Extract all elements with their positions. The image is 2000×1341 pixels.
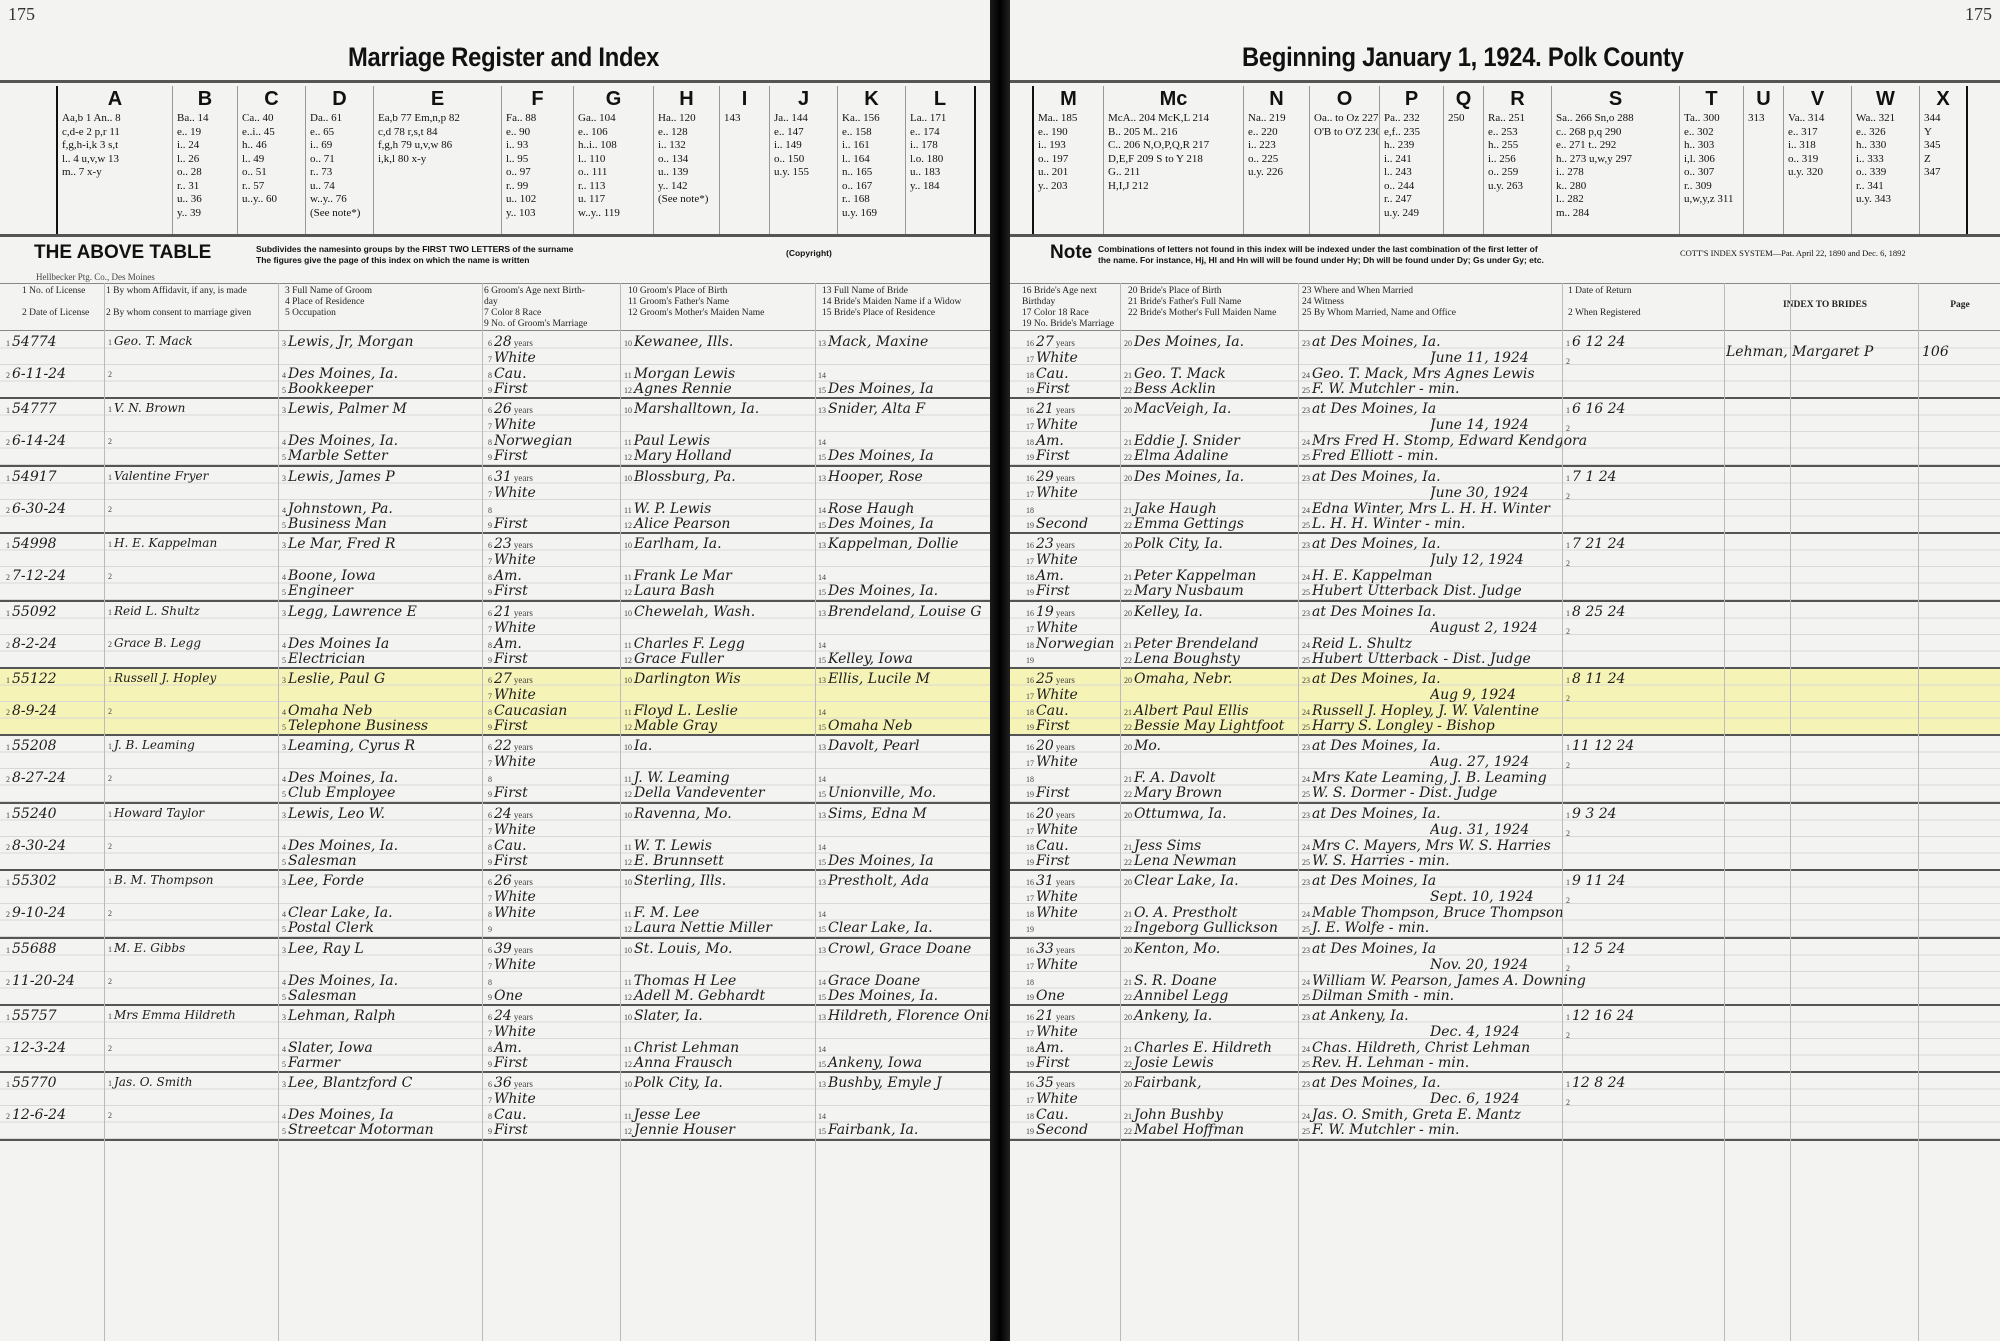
field-number: 20 <box>1124 676 1132 685</box>
field-number: 1 <box>6 946 10 955</box>
field-number: 10 <box>624 878 632 887</box>
field-number: 5 <box>282 453 286 462</box>
field-number: 6 <box>488 878 492 887</box>
groom-residence: 4Des Moines, Ia. <box>282 973 482 989</box>
when-married-value: June 11, 1924 <box>1430 350 1529 366</box>
register-entry[interactable]: 15477726-14-241V. N. Brown23Lewis, Palme… <box>0 399 990 466</box>
index-column-m: MMa.. 185e.. 190i.. 193o.. 197u.. 201y..… <box>1034 86 1104 234</box>
field-number: 20 <box>1124 878 1132 887</box>
register-entry-continued[interactable]: 1620years17White1819First20Mo.21F. A. Da… <box>1010 736 2000 803</box>
bride-residence: 15Des Moines, Ia. <box>818 583 990 599</box>
groom-father: 11Thomas H Lee <box>624 973 814 989</box>
groom-marriage-number-value: First <box>494 853 528 869</box>
bride-father-value: John Bushby <box>1134 1107 1223 1123</box>
groom-mother: 12Agnes Rennie <box>624 381 814 397</box>
officiant: 25Harry S. Longley - Bishop <box>1302 718 1602 734</box>
register-entry[interactable]: 15509228-2-241Reid L. Shultz2Grace B. Le… <box>0 602 990 669</box>
index-entry: McA.. 204 McK,L 214 <box>1108 112 1239 126</box>
index-entry: e.. 90 <box>506 126 569 140</box>
column-rule <box>815 283 816 1341</box>
index-entry: e.. 271 t.. 292 <box>1556 139 1675 153</box>
field-number: 13 <box>818 339 826 348</box>
index-entry: Da.. 61 <box>310 112 369 126</box>
index-entry: l.. 95 <box>506 153 569 167</box>
register-entry[interactable]: 15512228-9-241Russell J. Hopley23Leslie,… <box>0 669 990 736</box>
affidavit-by-value: V. N. Brown <box>114 401 185 415</box>
bride-birthplace-value: Clear Lake, Ia. <box>1134 873 1239 889</box>
bride-birthplace: 20Des Moines, Ia. <box>1124 469 1298 485</box>
register-entry[interactable]: 15530229-10-241B. M. Thompson23Lee, Ford… <box>0 871 990 938</box>
field-number: 12 <box>624 521 632 530</box>
field-number: 17 <box>1026 625 1034 634</box>
consent-by: 2 <box>108 1107 278 1121</box>
groom-age: 626years <box>488 873 618 889</box>
bride-age: 1627years <box>1026 334 1120 350</box>
officiant-value: Hubert Utterback Dist. Judge <box>1312 583 1522 599</box>
consent-by: 2 <box>108 366 278 380</box>
bride-father-value: Jess Sims <box>1134 838 1201 854</box>
index-note-right: Note Combinations of letters not found i… <box>1050 240 1990 268</box>
groom-name: 3Lewis, Leo W. <box>282 806 482 822</box>
groom-color-value: White <box>494 889 536 905</box>
when-married-value: Dec. 4, 1924 <box>1430 1024 1520 1040</box>
consent-by: 2 <box>108 1040 278 1054</box>
register-entry-continued[interactable]: 1621years17White18Am.19First20MacVeigh, … <box>1010 399 2000 466</box>
register-entry-continued[interactable]: 1623years17White18Am.19First20Polk City,… <box>1010 534 2000 601</box>
field-number: 2 <box>6 708 10 717</box>
groom-father-value: Charles F. Legg <box>634 636 745 652</box>
field-number: 2 <box>6 1112 10 1121</box>
index-column-o: OOa.. to Oz 227O'B to O'Z 230 <box>1310 86 1380 234</box>
register-entry[interactable]: 15520828-27-241J. B. Leaming23Leaming, C… <box>0 736 990 803</box>
field-number: 1 <box>6 743 10 752</box>
groom-occupation-value: Salesman <box>288 853 357 869</box>
witness: 24Reid L. Shultz <box>1302 636 1602 652</box>
date-of-return-value: 12 5 24 <box>1572 941 1625 957</box>
register-entry-continued[interactable]: 1625years17White18Cau.19First20Omaha, Ne… <box>1010 669 2000 736</box>
register-entry-continued[interactable]: 1627years17White18Cau.19First20Des Moine… <box>1010 332 2000 399</box>
when-registered: 2 <box>1566 352 1626 368</box>
index-entry: Ma.. 185 <box>1038 112 1099 126</box>
field-number: 1 <box>1566 1080 1570 1089</box>
witness-value: Mrs Kate Leaming, J. B. Leaming <box>1312 770 1547 786</box>
license-date: 28-27-24 <box>6 770 104 786</box>
index-to-brides-name: Lehman, Margaret P <box>1726 344 1922 360</box>
index-entry: h.. 239 <box>1384 139 1439 153</box>
field-number: 6 <box>488 339 492 348</box>
register-entry[interactable]: 15477426-11-241Geo. T. Mack23Lewis, Jr, … <box>0 332 990 399</box>
license-date-value: 8-2-24 <box>12 636 57 652</box>
bride-age-value: 35 <box>1036 1075 1054 1091</box>
register-entry-continued[interactable]: 1619years17White18Norwegian1920Kelley, I… <box>1010 602 2000 669</box>
field-number: 2 <box>6 775 10 784</box>
groom-color: 7White <box>488 552 618 568</box>
field-number: 4 <box>282 641 286 650</box>
bride-residence-value: Ankeny, Iowa <box>828 1055 922 1071</box>
bride-residence-value: Des Moines, Ia <box>828 853 934 869</box>
page-number-right: 175 <box>1965 4 1992 25</box>
groom-marriage-number-value: First <box>494 516 528 532</box>
date-of-return: 19 11 24 <box>1566 873 1724 889</box>
where-married: 23at Des Moines, Ia. <box>1302 1075 1562 1091</box>
bride-birthplace-value: Kelley, Ia. <box>1134 604 1203 620</box>
witness-value: Jas. O. Smith, Greta E. Mantz <box>1312 1107 1521 1123</box>
groom-name-value: Leaming, Cyrus R <box>288 738 415 754</box>
register-entry[interactable]: 155757212-3-241Mrs Emma Hildreth23Lehman… <box>0 1006 990 1073</box>
groom-marriage-number-value: First <box>494 718 528 734</box>
groom-color-value: White <box>494 350 536 366</box>
top-rule-right <box>1010 80 2000 83</box>
bride-birthplace-value: Kenton, Mo. <box>1134 941 1220 957</box>
column-rule <box>1790 283 1791 1341</box>
groom-marriage-number: 9First <box>488 853 618 869</box>
bride-race-value: Am. <box>1036 568 1064 584</box>
column-rule <box>1298 283 1299 1341</box>
index-entry: o.. 307 <box>1684 166 1739 180</box>
field-number: 23 <box>1302 406 1310 415</box>
index-entry: f,g,h-i,k 3 s,t <box>62 139 168 153</box>
index-letter: L <box>910 88 970 110</box>
where-married-value: at Des Moines, Ia <box>1312 873 1436 889</box>
field-number: 24 <box>1302 843 1310 852</box>
index-column-x: X344Y345Z347 <box>1920 86 1966 234</box>
index-entry: o.. 319 <box>1788 153 1847 167</box>
field-number: 5 <box>282 386 286 395</box>
index-entry: Ba.. 14 <box>177 112 233 126</box>
register-entry-continued[interactable]: 1620years17White18Cau.19First20Ottumwa, … <box>1010 804 2000 871</box>
groom-residence-value: Omaha Neb <box>288 703 372 719</box>
field-number: 25 <box>1302 925 1310 934</box>
bride-marriage-number-value: One <box>1036 988 1065 1004</box>
index-entry: o.. 225 <box>1248 153 1305 167</box>
field-number: 24 <box>1302 708 1310 717</box>
index-entry: r.. 99 <box>506 180 569 194</box>
register-entry-continued[interactable]: 1633years17White1819One20Kenton, Mo.21S.… <box>1010 939 2000 1006</box>
register-title: Marriage Register and Index <box>348 42 659 73</box>
consent-by: 2 <box>108 501 278 515</box>
index-entry: k.. 280 <box>1556 180 1675 194</box>
index-entry: u.y. 263 <box>1488 180 1547 194</box>
groom-marriage-number: 9First <box>488 718 618 734</box>
field-number: 2 <box>1566 627 1570 636</box>
bride-marriage-number: 19First <box>1026 381 1120 397</box>
groom-residence-value: Des Moines, Ia. <box>288 973 398 989</box>
column-rule <box>104 283 105 1341</box>
field-number: 11 <box>624 371 632 380</box>
groom-race: 8 <box>488 770 618 786</box>
index-entry: l.. 110 <box>578 153 649 167</box>
index-entry: i.. 149 <box>774 139 833 153</box>
bride-marriage-number: 19First <box>1026 583 1120 599</box>
bride-marriage-number-value: Second <box>1036 516 1088 532</box>
field-number: 16 <box>1026 811 1034 820</box>
register-entry[interactable]: 15524028-30-241Howard Taylor23Lewis, Leo… <box>0 804 990 871</box>
register-entry-continued[interactable]: 1629years17White1819Second20Des Moines, … <box>1010 467 2000 534</box>
groom-color-value: White <box>494 822 536 838</box>
register-entry[interactable]: 15491726-30-241Valentine Fryer23Lewis, J… <box>0 467 990 534</box>
field-number: 21 <box>1124 438 1132 447</box>
field-number: 10 <box>624 406 632 415</box>
groom-birthplace: 10St. Louis, Mo. <box>624 941 814 957</box>
date-of-return: 17 1 24 <box>1566 469 1724 485</box>
groom-age-value: 23 <box>494 536 512 552</box>
bride-name: 13Brendeland, Louise G <box>818 604 990 620</box>
bride-mother: 22Annibel Legg <box>1124 988 1298 1004</box>
affidavit-by: 1J. B. Leaming <box>108 738 278 752</box>
field-number: 6 <box>488 676 492 685</box>
witness-value: Mable Thompson, Bruce Thompson <box>1312 905 1564 921</box>
register-entry-continued[interactable]: 1621years17White18Am.19First20Ankeny, Ia… <box>1010 1006 2000 1073</box>
witness-value: William W. Pearson, James A. Downing <box>1312 973 1586 989</box>
bride-residence-value: Kelley, Iowa <box>828 651 913 667</box>
groom-occupation: 5Business Man <box>282 516 482 532</box>
index-entry: e.. 190 <box>1038 126 1099 140</box>
bride-residence-value: Des Moines, Ia <box>828 516 934 532</box>
index-column-b: BBa.. 14e.. 19i.. 24l.. 26o.. 28r.. 31u.… <box>173 86 238 234</box>
bride-color-value: White <box>1036 822 1078 838</box>
date-of-return-value: 11 12 24 <box>1572 738 1634 754</box>
bride-residence-value: Des Moines, Ia <box>828 381 934 397</box>
register-entry-continued[interactable]: 1635years17White18Cau.19Second20Fairbank… <box>1010 1073 2000 1140</box>
field-number: 2 <box>108 774 112 783</box>
index-bottom-rule-right <box>1010 234 2000 237</box>
groom-birthplace: 10Ravenna, Mo. <box>624 806 814 822</box>
field-number: 23 <box>1302 474 1310 483</box>
field-number: 2 <box>108 707 112 716</box>
field-number: 1 <box>1566 541 1570 550</box>
field-number: 1 <box>108 338 112 347</box>
bride-birthplace-value: Omaha, Nebr. <box>1134 671 1232 687</box>
field-number: 9 <box>488 993 492 1002</box>
field-number: 19 <box>1026 1127 1034 1136</box>
index-entry: e.. 128 <box>658 126 715 140</box>
field-number: 4 <box>282 371 286 380</box>
when-registered: 2 <box>1566 756 1626 772</box>
field-number: 15 <box>818 858 826 867</box>
bride-father: 21Eddie J. Snider <box>1124 433 1298 449</box>
groom-age-value: 26 <box>494 873 512 889</box>
field-number: 5 <box>282 588 286 597</box>
bride-race: 18 <box>1026 501 1120 517</box>
years-label: years <box>1056 405 1075 415</box>
field-number: 1 <box>108 1012 112 1021</box>
bride-marriage-number-value: First <box>1036 1055 1070 1071</box>
bride-age: 1619years <box>1026 604 1120 620</box>
groom-mother-value: Grace Fuller <box>634 651 723 667</box>
officiant-value: Rev. H. Lehman - min. <box>1312 1055 1469 1071</box>
groom-residence-value: Des Moines Ia <box>288 636 389 652</box>
field-number: 1 <box>108 608 112 617</box>
groom-father: 11Jesse Lee <box>624 1107 814 1123</box>
bride-race-value: Norwegian <box>1036 636 1114 652</box>
groom-age-value: 28 <box>494 334 512 350</box>
date-of-return: 112 16 24 <box>1566 1008 1724 1024</box>
license-date-value: 8-30-24 <box>12 838 66 854</box>
groom-occupation-value: Streetcar Motorman <box>288 1122 434 1138</box>
groom-mother: 12E. Brunnsett <box>624 853 814 869</box>
field-number: 25 <box>1302 521 1310 530</box>
index-entry: i.. 241 <box>1384 153 1439 167</box>
field-number: 4 <box>282 978 286 987</box>
field-number: 6 <box>488 946 492 955</box>
bride-widow-name: 14 <box>818 838 990 854</box>
license-date-value: 8-27-24 <box>12 770 66 786</box>
note-text: Subdivides the namesinto groups by the F… <box>256 244 573 266</box>
license-date: 211-20-24 <box>6 973 104 989</box>
index-entry: r.. 247 <box>1384 193 1439 207</box>
where-married-value: at Des Moines Ia. <box>1312 604 1436 620</box>
license-date-value: 9-10-24 <box>12 905 66 921</box>
bride-residence: 15Omaha Neb <box>818 718 990 734</box>
groom-race: 8Cau. <box>488 838 618 854</box>
groom-father-value: J. W. Leaming <box>634 770 730 786</box>
bride-widow-name: 14 <box>818 366 990 382</box>
register-entry[interactable]: 155688211-20-241M. E. Gibbs23Lee, Ray L4… <box>0 939 990 1006</box>
field-number: 24 <box>1302 1045 1310 1054</box>
field-number: 12 <box>624 1060 632 1069</box>
field-number: 22 <box>1124 723 1132 732</box>
bride-color-value: White <box>1036 350 1078 366</box>
bride-father-value: Eddie J. Snider <box>1134 433 1240 449</box>
groom-birthplace: 10Earlham, Ia. <box>624 536 814 552</box>
groom-age-value: 31 <box>494 469 512 485</box>
years-label: years <box>514 540 533 550</box>
groom-occupation-value: Bookkeeper <box>288 381 373 397</box>
groom-race: 8 <box>488 973 618 989</box>
bride-widow-name: 14 <box>818 703 990 719</box>
groom-occupation: 5Engineer <box>282 583 482 599</box>
field-number: 16 <box>1026 339 1034 348</box>
index-letter: W <box>1856 88 1915 110</box>
field-number: 20 <box>1124 811 1132 820</box>
index-entry: (See note*) <box>658 193 715 207</box>
field-number: 2 <box>1566 964 1570 973</box>
bride-residence-value: Omaha Neb <box>828 718 912 734</box>
field-number: 3 <box>282 1013 286 1022</box>
date-of-return-value: 7 21 24 <box>1572 536 1625 552</box>
bride-birthplace: 20Fairbank, <box>1124 1075 1298 1091</box>
groom-residence-value: Slater, Iowa <box>288 1040 373 1056</box>
license-date-value: 6-11-24 <box>12 366 66 382</box>
field-number: 15 <box>818 925 826 934</box>
bride-age: 1621years <box>1026 401 1120 417</box>
date-of-return-value: 12 16 24 <box>1572 1008 1634 1024</box>
index-entry: 347 <box>1924 166 1962 180</box>
field-number: 2 <box>108 977 112 986</box>
witness-value: Edna Winter, Mrs L. H. H. Winter <box>1312 501 1550 517</box>
field-number: 13 <box>818 609 826 618</box>
license-date-value: 12-6-24 <box>12 1107 66 1123</box>
index-entry: e,f.. 235 <box>1384 126 1439 140</box>
field-number: 14 <box>818 1045 826 1054</box>
index-entry: l.. 4 u,v,w 13 <box>62 153 168 167</box>
index-entry: u.y. 155 <box>774 166 833 180</box>
bride-marriage-number-value: First <box>1036 381 1070 397</box>
field-number: 12 <box>624 993 632 1002</box>
bride-marriage-number-value: First <box>1036 583 1070 599</box>
date-of-return-value: 8 11 24 <box>1572 671 1625 687</box>
field-number: 9 <box>488 925 492 934</box>
groom-occupation-value: Engineer <box>288 583 353 599</box>
bride-age: 1623years <box>1026 536 1120 552</box>
bride-race-value: Am. <box>1036 433 1064 449</box>
license-date: 27-12-24 <box>6 568 104 584</box>
groom-birthplace-value: Polk City, Ia. <box>634 1075 723 1091</box>
page-number-left: 175 <box>8 4 35 25</box>
index-entry: y.. 184 <box>910 180 970 194</box>
field-number: 22 <box>1124 386 1132 395</box>
where-married: 23at Des Moines, Ia. <box>1302 536 1562 552</box>
bride-mother: 22Mary Brown <box>1124 785 1298 801</box>
field-number: 25 <box>1302 1060 1310 1069</box>
groom-mother-value: Alice Pearson <box>634 516 730 532</box>
index-column-w: WWa.. 321e.. 326h.. 330i.. 333o.. 339r..… <box>1852 86 1920 234</box>
groom-occupation-value: Salesman <box>288 988 357 1004</box>
field-number: 12 <box>624 386 632 395</box>
index-entry: o.. 150 <box>774 153 833 167</box>
field-number: 7 <box>488 692 492 701</box>
groom-residence: 4Johnstown, Pa. <box>282 501 482 517</box>
field-number: 10 <box>624 474 632 483</box>
license-number-value: 54774 <box>12 334 57 350</box>
groom-color-value: White <box>494 485 536 501</box>
bride-name: 13Prestholt, Ada <box>818 873 990 889</box>
register-entry[interactable]: 15499827-12-241H. E. Kappelman23Le Mar, … <box>0 534 990 601</box>
groom-birthplace-value: Darlington Wis <box>634 671 741 687</box>
license-date-value: 8-9-24 <box>12 703 57 719</box>
index-letter: X <box>1924 88 1962 110</box>
field-number: 17 <box>1026 759 1034 768</box>
groom-mother: 12Adell M. Gebhardt <box>624 988 814 1004</box>
groom-father: 11W. P. Lewis <box>624 501 814 517</box>
index-column-t: TTa.. 300e.. 302h.. 303i,l. 306o.. 307r.… <box>1680 86 1744 234</box>
index-entry: l.. 26 <box>177 153 233 167</box>
bride-widow-name: 14 <box>818 1040 990 1056</box>
field-number: 19 <box>1026 521 1034 530</box>
groom-name-value: Lehman, Ralph <box>288 1008 396 1024</box>
field-number: 14 <box>818 1112 826 1121</box>
index-letter: P <box>1384 88 1439 110</box>
index-entry: y.. 142 <box>658 180 715 194</box>
bride-age-value: 29 <box>1036 469 1054 485</box>
field-number: 1 <box>6 811 10 820</box>
date-of-return-value: 6 16 24 <box>1572 401 1625 417</box>
index-entry: u.. 201 <box>1038 166 1099 180</box>
bride-mother: 22Lena Newman <box>1124 853 1298 869</box>
bride-name: 13Kappelman, Dollie <box>818 536 990 552</box>
groom-name-value: Leslie, Paul G <box>288 671 385 687</box>
years-label: years <box>514 473 533 483</box>
field-number: 14 <box>818 775 826 784</box>
groom-occupation: 5Electrician <box>282 651 482 667</box>
groom-mother: 12Anna Frausch <box>624 1055 814 1071</box>
field-number: 4 <box>282 1045 286 1054</box>
register-entry-continued[interactable]: 1631years17White18White1920Clear Lake, I… <box>1010 871 2000 938</box>
field-number: 1 <box>108 1079 112 1088</box>
bride-residence: 15Des Moines, Ia <box>818 381 990 397</box>
groom-father: 11Floyd L. Leslie <box>624 703 814 719</box>
when-registered: 2 <box>1566 622 1626 638</box>
index-entry: o.. 134 <box>658 153 715 167</box>
bride-age-value: 21 <box>1036 401 1054 417</box>
register-entry[interactable]: 155770212-6-241Jas. O. Smith23Lee, Blant… <box>0 1073 990 1140</box>
index-entry: r.. 341 <box>1856 180 1915 194</box>
groom-marriage-number-value: First <box>494 583 528 599</box>
index-entry: e.. 253 <box>1488 126 1547 140</box>
index-entry: i.. 333 <box>1856 153 1915 167</box>
index-letter: I <box>724 88 765 110</box>
years-label: years <box>514 405 533 415</box>
